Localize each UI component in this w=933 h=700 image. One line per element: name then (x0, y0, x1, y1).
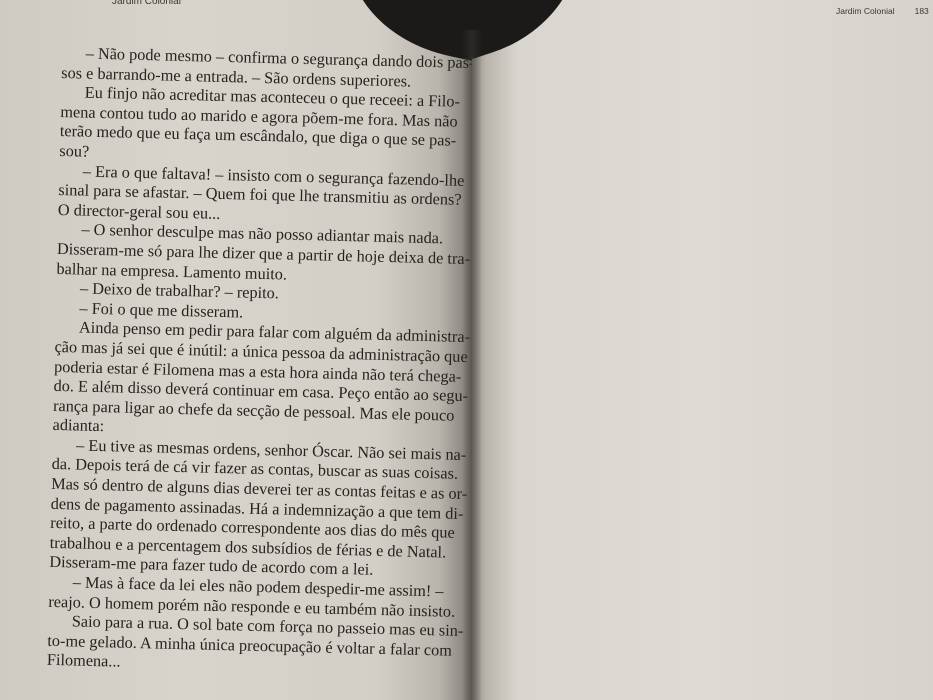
left-running-head: Jardim Colonial (112, 0, 181, 7)
left-page: Jardim Colonial – Não pode mesmo – confi… (0, 0, 472, 700)
right-running-head: Jardim Colonial 183 (836, 6, 929, 16)
open-book: Jardim Colonial – Não pode mesmo – confi… (0, 0, 933, 700)
right-page: não existiria outra solução. O que acont… (472, 0, 933, 700)
left-page-text: – Não pode mesmo – confirma o segurança … (47, 43, 462, 680)
book-gutter (462, 30, 482, 700)
running-head-title: Jardim Colonial (836, 6, 895, 16)
page-number: 183 (915, 6, 929, 16)
